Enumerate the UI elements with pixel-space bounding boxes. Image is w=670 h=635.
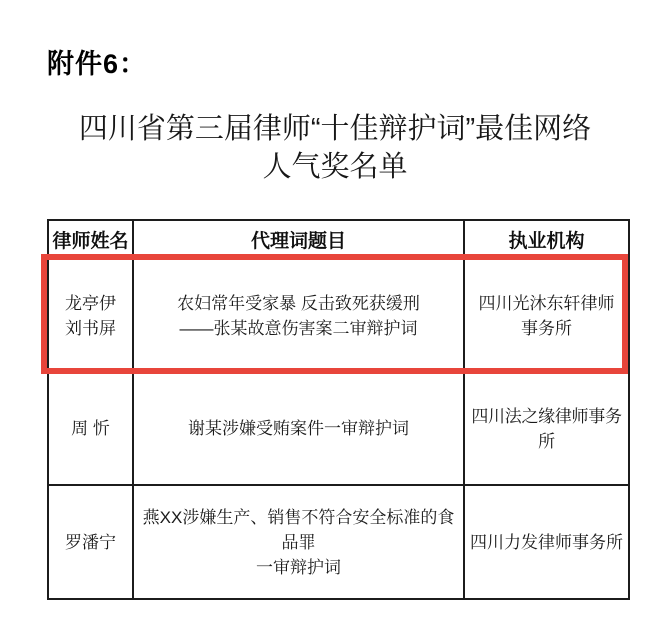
document-title-line2: 人气奖名单 [0,148,670,186]
lawyer-name-line: 刘书屏 [51,316,130,341]
statement-title-line: 燕XX涉嫌生产、销售不符合安全标准的食品罪 [136,505,461,555]
lawyer-name-line: 罗潘宁 [51,530,130,555]
attachment-label: 附件6： [47,42,147,81]
statement-title-cell: 农妇常年受家暴 反击致死获缓刑 ——张某故意伤害案二审辩护词 [133,259,464,372]
practice-org-line: 四川力发律师事务所 [467,530,626,555]
statement-title-line: 谢某涉嫌受贿案件一审辩护词 [136,416,461,441]
statement-title-line: ——张某故意伤害案二审辩护词 [136,316,461,341]
document-page: 附件6： 四川省第三届律师“十佳辩护词”最佳网络 人气奖名单 律师姓名 代理词题… [0,0,670,635]
lawyer-name-cell: 罗潘宁 [48,485,133,599]
header-lawyer-name: 律师姓名 [48,220,133,259]
practice-org-line: 四川光沐东轩律师 [467,291,626,316]
document-title: 四川省第三届律师“十佳辩护词”最佳网络 人气奖名单 [0,110,670,186]
lawyer-name-line: 龙亭伊 [51,291,130,316]
statement-title-line: 农妇常年受家暴 反击致死获缓刑 [136,291,461,316]
table-row: 周 忻 谢某涉嫌受贿案件一审辩护词 四川法之缘律师事务所 [48,372,629,485]
awards-table: 律师姓名 代理词题目 执业机构 龙亭伊 刘书屏 农妇常年受家暴 反击致死获缓刑 … [47,219,630,600]
statement-title-line: 一审辩护词 [136,555,461,580]
table-row-highlighted: 龙亭伊 刘书屏 农妇常年受家暴 反击致死获缓刑 ——张某故意伤害案二审辩护词 四… [48,259,629,372]
statement-title-cell: 谢某涉嫌受贿案件一审辩护词 [133,372,464,485]
practice-org-cell: 四川法之缘律师事务所 [464,372,629,485]
table-row: 罗潘宁 燕XX涉嫌生产、销售不符合安全标准的食品罪 一审辩护词 四川力发律师事务… [48,485,629,599]
statement-title-cell: 燕XX涉嫌生产、销售不符合安全标准的食品罪 一审辩护词 [133,485,464,599]
lawyer-name-cell: 龙亭伊 刘书屏 [48,259,133,372]
table-header-row: 律师姓名 代理词题目 执业机构 [48,220,629,259]
lawyer-name-line: 周 忻 [51,416,130,441]
practice-org-cell: 四川力发律师事务所 [464,485,629,599]
practice-org-cell: 四川光沐东轩律师 事务所 [464,259,629,372]
header-practice-org: 执业机构 [464,220,629,259]
practice-org-line: 四川法之缘律师事务所 [467,404,626,454]
document-title-line1: 四川省第三届律师“十佳辩护词”最佳网络 [0,110,670,148]
practice-org-line: 事务所 [467,316,626,341]
lawyer-name-cell: 周 忻 [48,372,133,485]
header-statement-title: 代理词题目 [133,220,464,259]
